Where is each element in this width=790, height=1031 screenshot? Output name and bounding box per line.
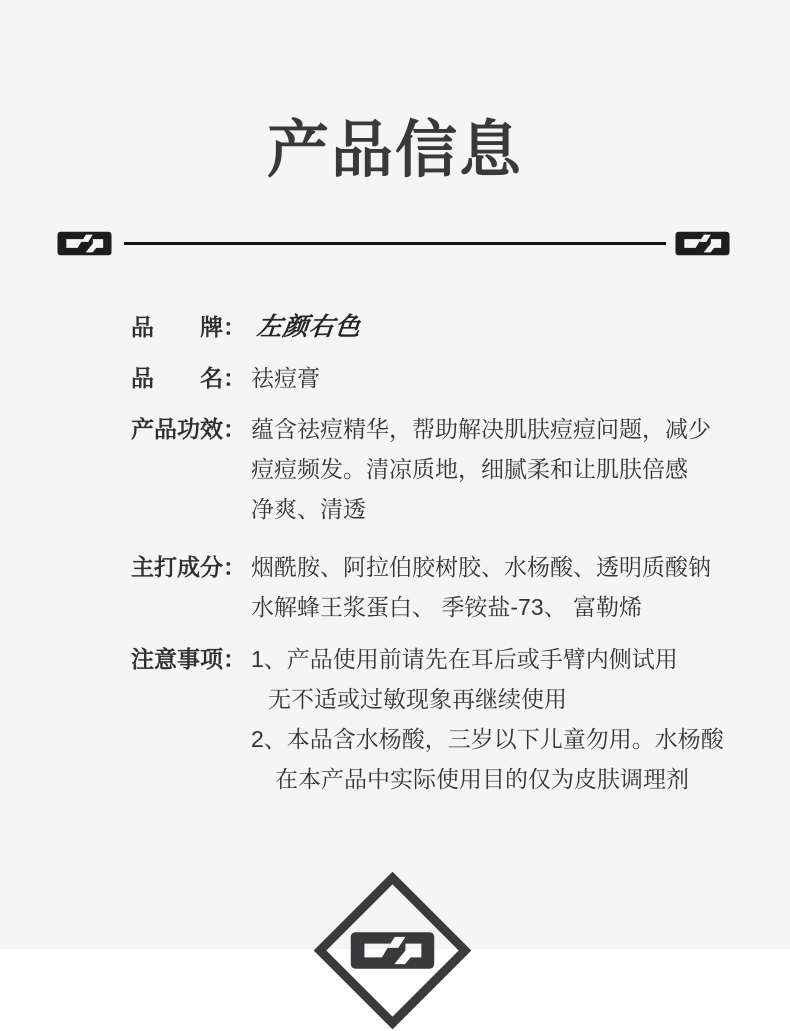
- row-label-notes: 注意事项：: [131, 639, 251, 679]
- value-line: 1、产品使用前请先在耳后或手臂内侧试用: [251, 639, 741, 679]
- page-title: 产品信息: [0, 116, 790, 186]
- divider-line: [124, 242, 666, 245]
- value-line: 在本产品中实际使用目的仅为皮肤调理剂: [251, 759, 741, 799]
- value-line: 烟酰胺、阿拉伯胶树胶、水杨酸、透明质酸钠: [251, 547, 741, 587]
- infinity-diamond-logo-icon: [314, 872, 471, 1029]
- row-value-notes: 1、产品使用前请先在耳后或手臂内侧试用 无不适或过敏现象再继续使用 2、本品含水…: [251, 639, 741, 799]
- value-line: 净爽、清透: [251, 489, 741, 529]
- brand-logotype: 左颜右色: [251, 307, 745, 347]
- infinity-logo-left-icon: [57, 231, 112, 256]
- brand-divider: [57, 231, 730, 256]
- row-value-brand: 左颜右色: [251, 307, 741, 347]
- value-line: 蕴含祛痘精华，帮助解决肌肤痘痘问题，减少: [251, 409, 741, 449]
- product-info-page: 产品信息 品牌： 左颜右色 品名： 祛痘膏: [0, 0, 790, 1031]
- row-label-brand: 品牌：: [131, 307, 251, 347]
- value-line: 水解蜂王浆蛋白、 季铵盐-73、 富勒烯: [251, 587, 741, 627]
- info-row-effect: 产品功效： 蕴含祛痘精华，帮助解决肌肤痘痘问题，减少 痘痘频发。清凉质地，细腻柔…: [131, 409, 741, 529]
- value-line: 无不适或过敏现象再继续使用: [251, 679, 741, 719]
- row-value-effect: 蕴含祛痘精华，帮助解决肌肤痘痘问题，减少 痘痘频发。清凉质地，细腻柔和让肌肤倍感…: [251, 409, 741, 529]
- row-label-ingredients: 主打成分：: [131, 547, 251, 587]
- value-line: 2、本品含水杨酸，三岁以下儿童勿用。水杨酸: [251, 719, 741, 759]
- value-line: 祛痘膏: [251, 358, 741, 398]
- value-line: 痘痘频发。清凉质地，细腻柔和让肌肤倍感: [251, 449, 741, 489]
- row-value-ingredients: 烟酰胺、阿拉伯胶树胶、水杨酸、透明质酸钠 水解蜂王浆蛋白、 季铵盐-73、 富勒…: [251, 547, 741, 627]
- info-row-ingredients: 主打成分： 烟酰胺、阿拉伯胶树胶、水杨酸、透明质酸钠 水解蜂王浆蛋白、 季铵盐-…: [131, 547, 741, 627]
- info-row-brand: 品牌： 左颜右色: [131, 307, 741, 347]
- row-value-product-name: 祛痘膏: [251, 358, 741, 398]
- infinity-logo-right-icon: [675, 231, 730, 256]
- row-label-effect: 产品功效：: [131, 409, 251, 449]
- info-list: 品牌： 左颜右色 品名： 祛痘膏 产品功效： 蕴含祛痘精华，帮助解决肌肤痘痘问题…: [131, 307, 741, 799]
- info-row-product-name: 品名： 祛痘膏: [131, 358, 741, 398]
- info-row-notes: 注意事项： 1、产品使用前请先在耳后或手臂内侧试用 无不适或过敏现象再继续使用 …: [131, 639, 741, 799]
- row-label-product-name: 品名：: [131, 358, 251, 398]
